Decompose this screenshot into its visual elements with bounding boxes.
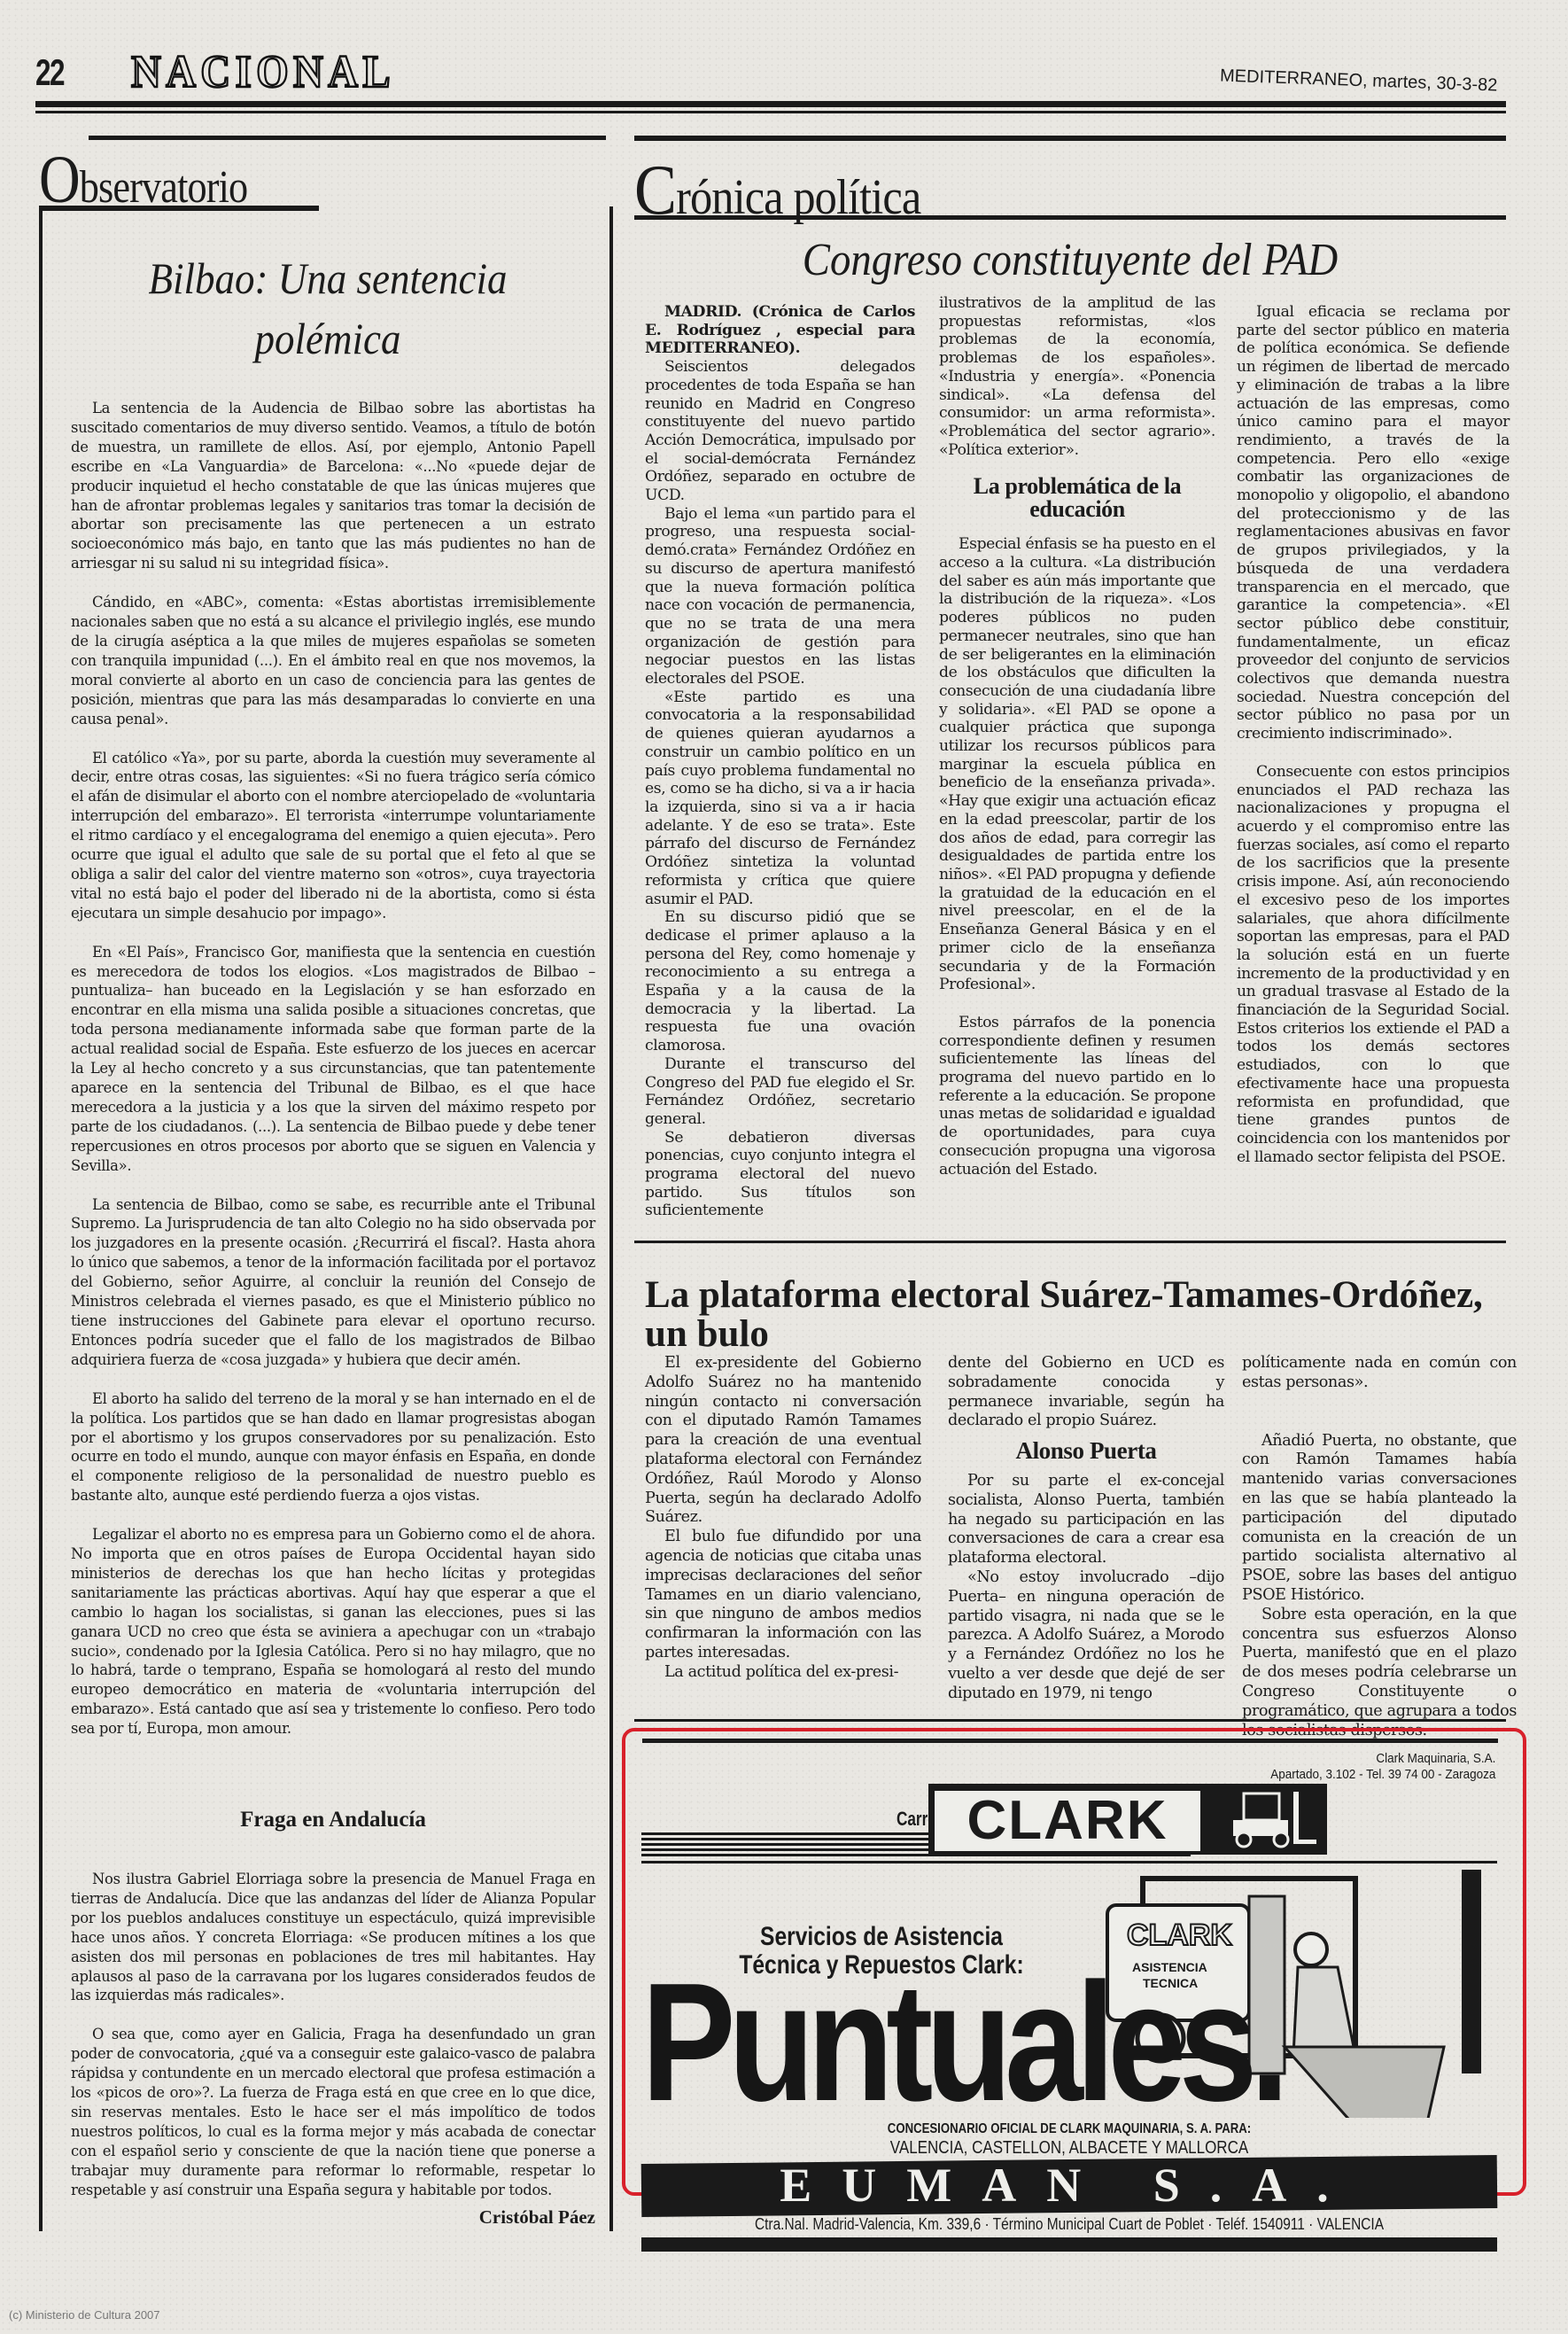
- paragraph: La sentencia de Bilbao, como se sabe, es…: [71, 1195, 595, 1370]
- author-signature: Cristóbal Páez: [354, 2206, 595, 2229]
- cronica-article-title: Congreso constituyente del PAD: [678, 234, 1463, 286]
- cronica-subhead: La problemática de la educación: [939, 475, 1215, 521]
- ad-address: Ctra.Nal. Madrid-Valencia, Km. 339,6 · T…: [702, 2215, 1438, 2234]
- bulo-subhead: Alonso Puerta: [948, 1442, 1224, 1461]
- bulo-column-3: políticamente nada en común con estas pe…: [1242, 1354, 1517, 1740]
- paragraph: dente del Gobierno en UCD es sobradament…: [948, 1354, 1224, 1431]
- observatorio-subhead: Fraga en Andalucía: [71, 1808, 595, 1832]
- ad-address-bar: [641, 2237, 1497, 2252]
- observatorio-article-title: Bilbao: Una sentencia polémica: [81, 248, 575, 369]
- masthead-rule-thin: [35, 111, 1506, 113]
- ad-cities: VALENCIA, CASTELLON, ALBACETE Y MALLORCA: [705, 2138, 1432, 2159]
- dealer-name: EUMAN S.A.: [641, 2159, 1497, 2212]
- paragraph: Cándido, en «ABC», comenta: «Estas abort…: [71, 593, 595, 728]
- copyright-notice: (c) Ministerio de Cultura 2007: [9, 2308, 160, 2322]
- bulo-column-1: El ex-presidente del Gobierno Adolfo Suá…: [645, 1354, 921, 1683]
- ad-service-line-1: Servicios de Asistencia: [726, 1923, 1038, 1951]
- clark-logo: CLARK: [932, 1788, 1203, 1854]
- cronica-column-2: ilustrativos de la amplitud de las propu…: [939, 294, 1215, 1179]
- paragraph: Bajo el lema «un partido para el progres…: [645, 505, 915, 689]
- cronica-column-1: MADRID. (Crónica de Carlos E. Rodríguez …: [645, 303, 915, 1220]
- observatorio-top-rule: [89, 136, 606, 140]
- ad-dealer-line: CONCESIONARIO OFICIAL DE CLARK MAQUINARI…: [705, 2121, 1432, 2137]
- paragraph: Se debatieron diversas ponencias, cuyo c…: [645, 1129, 915, 1221]
- masthead-rule-thick: [35, 101, 1506, 107]
- ad-headline: Puntuales.: [641, 1958, 1282, 2127]
- paragraph: El católico «Ya», por su parte, aborda l…: [71, 749, 595, 923]
- dateline: MEDITERRANEO, martes, 30-3-82: [1219, 66, 1497, 97]
- section-title: NACIONAL: [131, 46, 395, 98]
- ad-top-rule: [642, 1739, 1498, 1743]
- paragraph: políticamente nada en común con estas pe…: [1242, 1354, 1517, 1393]
- bulo-article-title: La plataforma electoral Suárez-Tamames-O…: [645, 1276, 1513, 1354]
- paragraph: «No estoy involucrado –dijo Puerta– en n…: [948, 1568, 1224, 1704]
- ad-company-name: Clark Maquinaria, S.A.: [1270, 1751, 1495, 1767]
- paragraph: La actitud política del ex-presi-: [645, 1663, 921, 1683]
- paragraph: O sea que, como ayer en Galicia, Fraga h…: [71, 2025, 595, 2199]
- paragraph: El bulo fue difundido por una agencia de…: [645, 1528, 921, 1663]
- paragraph: La sentencia de la Audencia de Bilbao so…: [71, 399, 595, 573]
- paragraph: Seiscientos delegados procedentes de tod…: [645, 358, 915, 505]
- paragraph: Nos ilustra Gabriel Elorriaga sobre la p…: [71, 1870, 595, 2005]
- bulo-bottom-rule: [634, 1719, 1506, 1722]
- paragraph: El ex-presidente del Gobierno Adolfo Suá…: [645, 1354, 921, 1528]
- ad-company-info: Clark Maquinaria, S.A. Apartado, 3.102 -…: [1270, 1751, 1495, 1783]
- cronica-under-rule: [634, 215, 1506, 220]
- observatorio-body-2: Nos ilustra Gabriel Elorriaga sobre la p…: [71, 1870, 595, 2220]
- van-logo: CLARK: [1127, 1918, 1232, 1952]
- byline: MADRID. (Crónica de Carlos E. Rodríguez …: [645, 303, 915, 358]
- paragraph: Por su parte el ex-concejal socialista, …: [948, 1472, 1224, 1568]
- observatorio-body: La sentencia de la Audencia de Bilbao so…: [71, 399, 595, 1758]
- paragraph: Consecuente con estos principios enuncia…: [1237, 763, 1510, 1166]
- paragraph: «Este partido es una convocatoria a la r…: [645, 689, 915, 908]
- paragraph: Durante el transcurso del Congreso del P…: [645, 1055, 915, 1129]
- ad-company-contact: Apartado, 3.102 - Tel. 39 74 00 - Zarago…: [1270, 1767, 1495, 1783]
- paragraph: En «El País», Francisco Gor, manifiesta …: [71, 943, 595, 1176]
- paragraph: En su discurso pidió que se dedicase el …: [645, 908, 915, 1055]
- paragraph: Añadió Puerta, no obstante, que con Ramó…: [1242, 1432, 1517, 1606]
- cronica-column-3: Igual eficacia se reclama por parte del …: [1237, 303, 1510, 1166]
- cronica-top-rule: [634, 136, 1506, 141]
- forklift-logo-icon: [1207, 1788, 1323, 1850]
- paragraph: Especial énfasis se ha puesto en el acce…: [939, 535, 1215, 994]
- paragraph: Igual eficacia se reclama por parte del …: [1237, 303, 1510, 743]
- paragraph: El aborto ha salido del terreno de la mo…: [71, 1389, 595, 1505]
- paragraph: Legalizar el aborto no es empresa para u…: [71, 1525, 595, 1739]
- bulo-column-2: dente del Gobierno en UCD es sobradament…: [948, 1354, 1224, 1704]
- page-number: 22: [35, 51, 64, 94]
- paragraph: ilustrativos de la amplitud de las propu…: [939, 294, 1215, 459]
- paragraph: Estos párrafos de la ponencia correspond…: [939, 1014, 1215, 1179]
- bulo-top-rule: [634, 1241, 1506, 1243]
